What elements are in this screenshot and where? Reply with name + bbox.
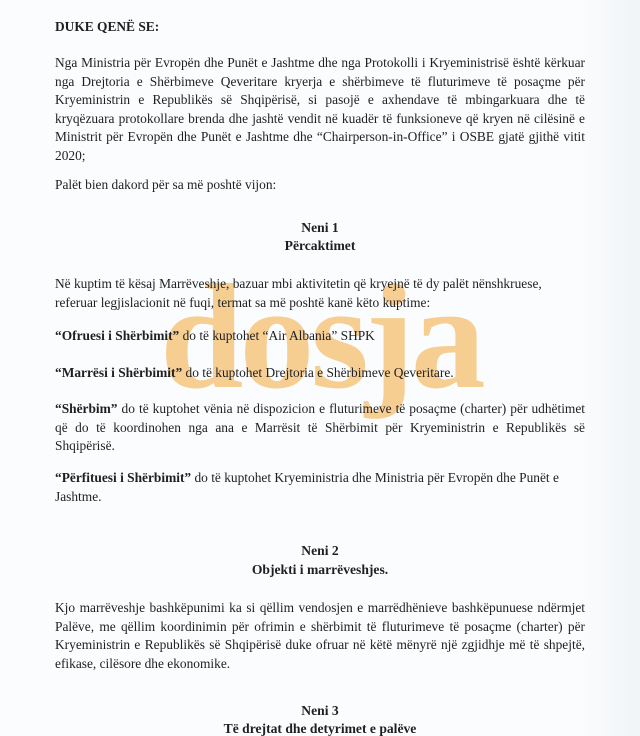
definition-item: “Shërbim” do të kuptohet vënia në dispoz… <box>55 400 585 456</box>
article3-number: Neni 3 <box>0 702 640 720</box>
article3-title: Të drejtat dhe detyrimet e palëve <box>0 720 640 736</box>
definition-term: “Ofruesi i Shërbimit” <box>55 328 179 343</box>
definition-term: “Përfituesi i Shërbimit” <box>55 470 191 485</box>
definition-term: “Marrësi i Shërbimit” <box>55 365 182 380</box>
document-heading: DUKE QENË SE: <box>55 18 585 37</box>
document-page: dosja DUKE QENË SE: Nga Ministria për Ev… <box>0 0 640 736</box>
definition-item: “Ofruesi i Shërbimit” do të kuptohet “Ai… <box>55 327 585 346</box>
definition-text: do të kuptohet Drejtoria e Shërbimeve Qe… <box>182 365 453 380</box>
article2-body: Kjo marrëveshje bashkëpunimi ka si qëlli… <box>55 599 585 673</box>
definition-text: do të kuptohet vënia në dispozicion e fl… <box>55 401 585 453</box>
definition-item: “Përfituesi i Shërbimit” do të kuptohet … <box>55 469 585 506</box>
definition-item: “Marrësi i Shërbimit” do të kuptohet Dre… <box>55 364 585 383</box>
article1-title: Përcaktimet <box>0 237 640 255</box>
scan-shadow <box>580 0 640 736</box>
article1-number: Neni 1 <box>0 219 640 237</box>
intro-paragraph: Nga Ministria për Evropën dhe Punët e Ja… <box>55 54 585 166</box>
definition-term: “Shërbim” <box>55 401 118 416</box>
article2-number: Neni 2 <box>0 542 640 560</box>
agreement-line: Palët bien dakord për sa më poshtë vijon… <box>55 176 585 195</box>
article2-title: Objekti i marrëveshjes. <box>0 561 640 579</box>
definition-text: do të kuptohet “Air Albania” SHPK <box>179 328 375 343</box>
article1-intro: Në kuptim të kësaj Marrëveshje, bazuar m… <box>55 275 585 312</box>
